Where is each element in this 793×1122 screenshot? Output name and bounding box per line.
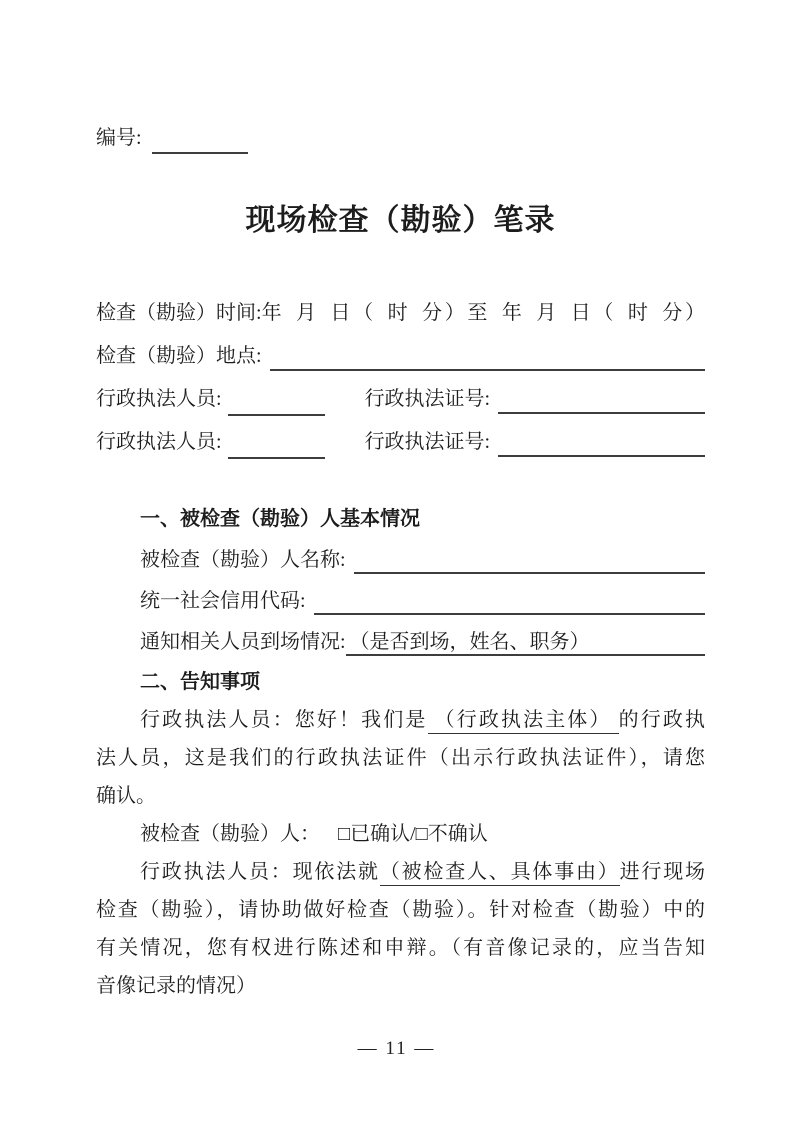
inspection-place-label: 检查（勘验）地点: bbox=[96, 335, 262, 378]
paragraph-line: 有关情况，您有权进行陈述和申辩。（有音像记录的，应当告知 bbox=[96, 929, 705, 967]
doc-number-row: 编号: bbox=[96, 122, 705, 154]
section2-heading: 二、告知事项 bbox=[96, 663, 705, 701]
credit-code-label: 统一社会信用代码: bbox=[140, 581, 306, 622]
notify-presence-row: 通知相关人员到场情况: （是否到场，姓名、职务） bbox=[96, 622, 705, 663]
page-number: — 11 — bbox=[0, 1038, 793, 1060]
underlined-fill-in-text: （被检查人、具体事由） bbox=[380, 861, 620, 886]
notify-presence-hint: （是否到场，姓名、职务） bbox=[350, 631, 590, 653]
confirmation-label: 被检查（勘验）人： bbox=[140, 815, 320, 853]
section1-heading: 一、被检查（勘验）人基本情况 bbox=[96, 498, 705, 540]
officer-cert-label: 行政执法证号: bbox=[365, 421, 491, 464]
officer-name-blank bbox=[228, 421, 325, 459]
officer-name-label: 行政执法人员: bbox=[96, 378, 222, 421]
inspection-time-label: 检查（勘验）时间: bbox=[96, 292, 262, 335]
inspection-time-row: 检查（勘验）时间: 年 月 日（ 时 分）至 年 月 日（ 时 分） bbox=[96, 292, 705, 335]
paragraph-line: 音像记录的情况） bbox=[96, 967, 705, 1005]
page-content: 编号: 现场检查（勘验）笔录 检查（勘验）时间: 年 月 日（ 时 分）至 年 … bbox=[96, 0, 705, 1005]
info-block: 检查（勘验）时间: 年 月 日（ 时 分）至 年 月 日（ 时 分） 检查（勘验… bbox=[96, 292, 705, 464]
inspection-place-blank bbox=[270, 335, 705, 371]
document-page: 编号: 现场检查（勘验）笔录 检查（勘验）时间: 年 月 日（ 时 分）至 年 … bbox=[0, 0, 793, 1122]
paragraph-line: 检查（勘验），请协助做好检查（勘验）。针对检查（勘验）中的 bbox=[96, 891, 705, 929]
confirmation-row: 被检查（勘验）人： □已确认/□不确认 bbox=[96, 815, 705, 853]
paragraph-line: 法人员，这是我们的行政执法证件（出示行政执法证件），请您 bbox=[96, 739, 705, 777]
inspection-place-row: 检查（勘验）地点: bbox=[96, 335, 705, 378]
notify-presence-label: 通知相关人员到场情况: bbox=[140, 622, 346, 663]
inspection-time-value: 年 月 日（ 时 分）至 年 月 日（ 时 分） bbox=[262, 292, 705, 335]
paragraph-introduction: 行政执法人员：您好！我们是 （行政执法主体） 的行政执法人员，这是我们的行政执法… bbox=[96, 701, 705, 815]
paragraph-line: 确认。 bbox=[96, 777, 705, 815]
doc-number-label: 编号: bbox=[96, 122, 142, 154]
officer-cert-blank bbox=[498, 378, 705, 414]
credit-code-row: 统一社会信用代码: bbox=[96, 581, 705, 622]
inspected-name-row: 被检查（勘验）人名称: bbox=[96, 540, 705, 581]
officer-cert-blank bbox=[498, 421, 705, 457]
inspected-name-blank bbox=[354, 540, 705, 574]
officer-cert-label: 行政执法证号: bbox=[365, 378, 491, 421]
doc-number-blank bbox=[152, 126, 248, 154]
officer-row-2: 行政执法人员: 行政执法证号: bbox=[96, 421, 705, 464]
doc-title: 现场检查（勘验）笔录 bbox=[96, 200, 705, 242]
inspected-name-label: 被检查（勘验）人名称: bbox=[140, 540, 346, 581]
confirmation-checkbox-options: □已确认/□不确认 bbox=[338, 815, 488, 853]
paragraph-line: 行政执法人员：现依法就（被检查人、具体事由）进行现场 bbox=[96, 853, 705, 891]
paragraph-line: 行政执法人员：您好！我们是 （行政执法主体） 的行政执 bbox=[96, 701, 705, 739]
underlined-fill-in-text: （行政执法主体） bbox=[428, 709, 619, 734]
credit-code-blank bbox=[314, 581, 705, 615]
paragraph-inspection-notice: 行政执法人员：现依法就（被检查人、具体事由）进行现场检查（勘验），请协助做好检查… bbox=[96, 853, 705, 1005]
officer-name-label: 行政执法人员: bbox=[96, 421, 222, 464]
officer-name-blank bbox=[228, 378, 325, 416]
notify-presence-blank: （是否到场，姓名、职务） bbox=[346, 622, 705, 656]
officer-row-1: 行政执法人员: 行政执法证号: bbox=[96, 378, 705, 421]
